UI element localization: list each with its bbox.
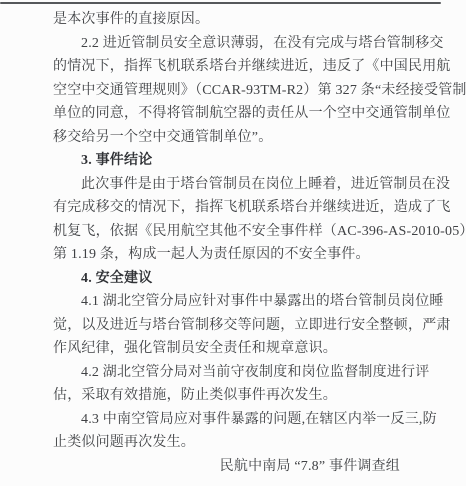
text-line: 第 1.19 条，构成一起人为责任原因的不安全事件。 (53, 243, 442, 267)
text-line: 4.1 湖北空管分局应针对事件中暴露出的塔台管制员岗位睡 (53, 290, 442, 314)
text-line: 移交给另一个空中交通管制单位”。 (53, 126, 442, 150)
text-line: 作风纪律，强化管制员安全责任和规章意识。 (53, 337, 442, 361)
text-line: 4.3 中南空管局应对事件暴露的问题,在辖区内举一反三,防 (53, 408, 442, 432)
text-line: 机复飞，依据《民用航空其他不安全事件样（AC-396-AS-2010-05） (53, 220, 442, 244)
text-line: 2.2 进近管制员安全意识薄弱，在没有完成与塔台管制移交 (53, 32, 442, 56)
text-line: 的情况下，指挥飞机联系塔台并继续进近，违反了《中国民用航 (53, 55, 442, 79)
document-page: 是本次事件的直接原因。2.2 进近管制员安全意识薄弱，在没有完成与塔台管制移交的… (0, 0, 466, 486)
section-heading: 3. 事件结论 (53, 149, 442, 173)
page-top-rule (0, 2, 441, 4)
text-line: 空空中交通管理规则》（CCAR-93TM-R2）第 327 条“未经接受管制 (53, 79, 442, 103)
text-line: 觉，以及进近与塔台管制移交等问题，立即进行安全整顿，严肃 (53, 314, 442, 338)
text-line: 有完成移交的情况下，指挥飞机联系塔台并继续进近，造成了飞 (53, 196, 442, 220)
signature-line: 民航中南局 “7.8” 事件调查组 (53, 455, 442, 479)
text-line: 估，采取有效措施，防止类似事件再次发生。 (53, 384, 442, 408)
text-line: 单位的同意，不得将管制航空器的责任从一个空中交通管制单位 (53, 102, 442, 126)
text-line: 4.2 湖北空管分局对当前守夜制度和岗位监督制度进行评 (53, 361, 442, 385)
section-heading: 4. 安全建议 (53, 267, 442, 291)
text-line: 此次事件是由于塔台管制员在岗位上睡着，进近管制员在没 (53, 173, 442, 197)
text-line: 是本次事件的直接原因。 (53, 8, 442, 32)
text-line: 止类似问题再次发生。 (53, 431, 442, 455)
document-body: 是本次事件的直接原因。2.2 进近管制员安全意识薄弱，在没有完成与塔台管制移交的… (53, 8, 442, 478)
